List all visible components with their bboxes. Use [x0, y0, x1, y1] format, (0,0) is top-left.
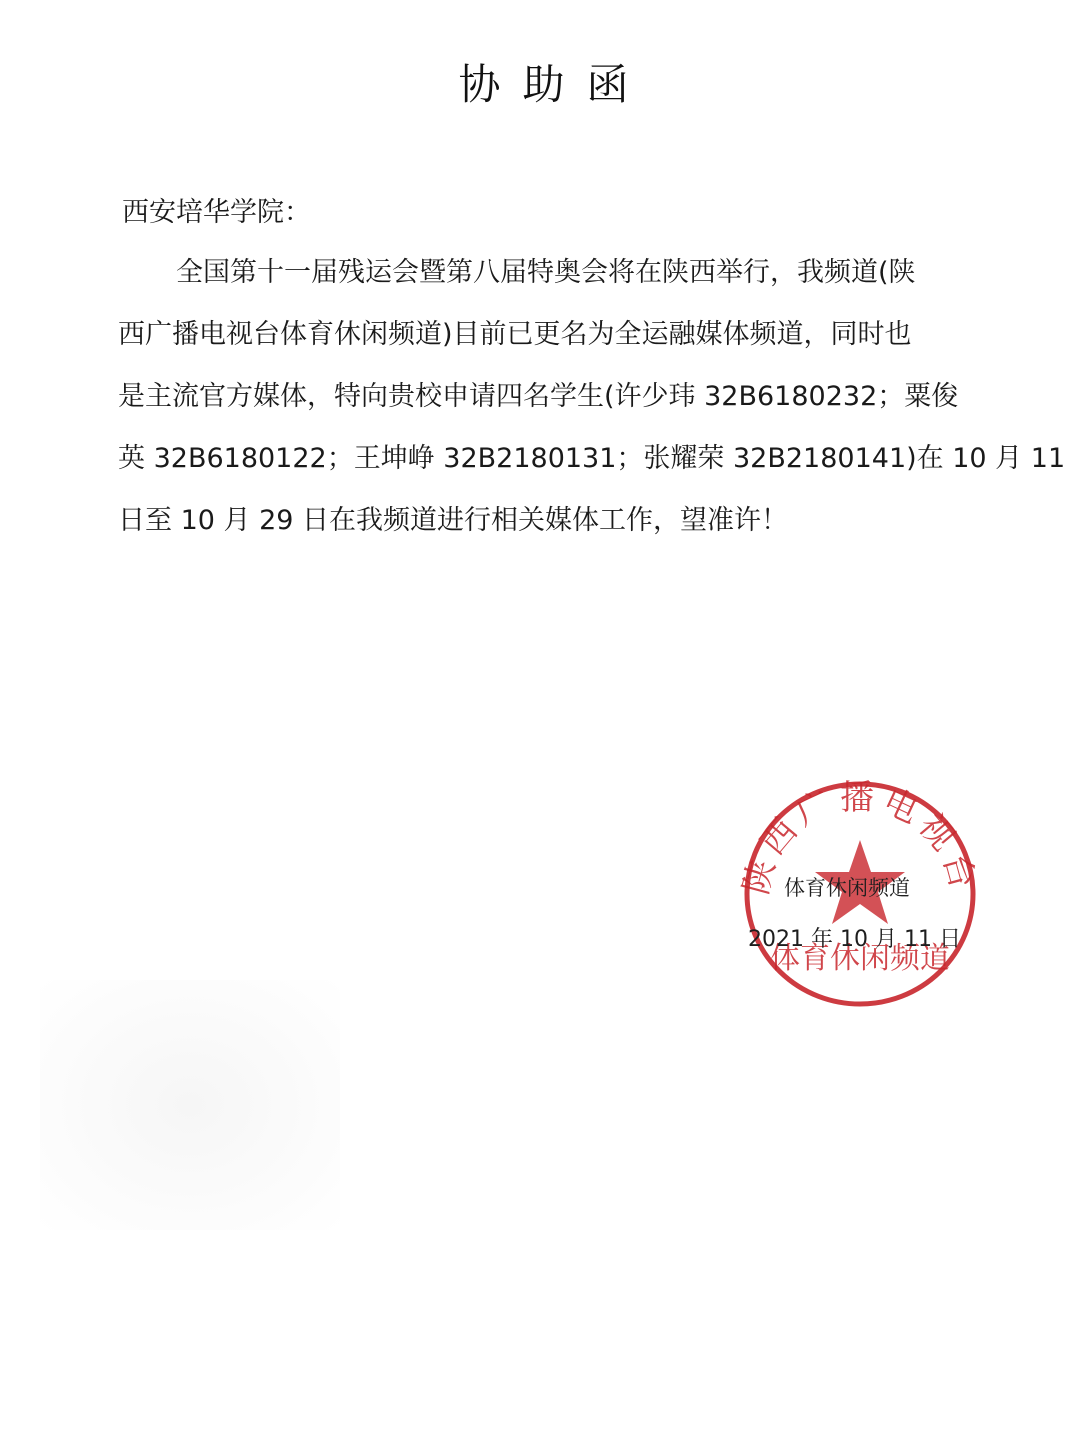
salutation: 西安培华学院： [122, 190, 311, 229]
signature-date: 2021 年 10 月 11 日 [748, 922, 961, 953]
body-line: 是主流官方媒体，特向贵校申请四名学生(许少玮 32B6180232；粟俊 [118, 366, 978, 428]
signature-department: 体育休闲频道 [784, 872, 910, 902]
body-line: 全国第十一届残运会暨第八届特奥会将在陕西举行，我频道(陕 [118, 242, 978, 304]
scan-smudge [40, 980, 340, 1230]
body-line: 日至 10 月 29 日在我频道进行相关媒体工作，望准许！ [118, 490, 978, 552]
body-line: 西广播电视台体育休闲频道)目前已更名为全运融媒体频道，同时也 [118, 304, 978, 366]
document-title: 协助函 [0, 52, 1079, 112]
body-line: 英 32B6180122；王坤峥 32B2180131；张耀荣 32B21801… [118, 428, 978, 490]
letter-body: 全国第十一届残运会暨第八届特奥会将在陕西举行，我频道(陕 西广播电视台体育休闲频… [118, 242, 978, 552]
